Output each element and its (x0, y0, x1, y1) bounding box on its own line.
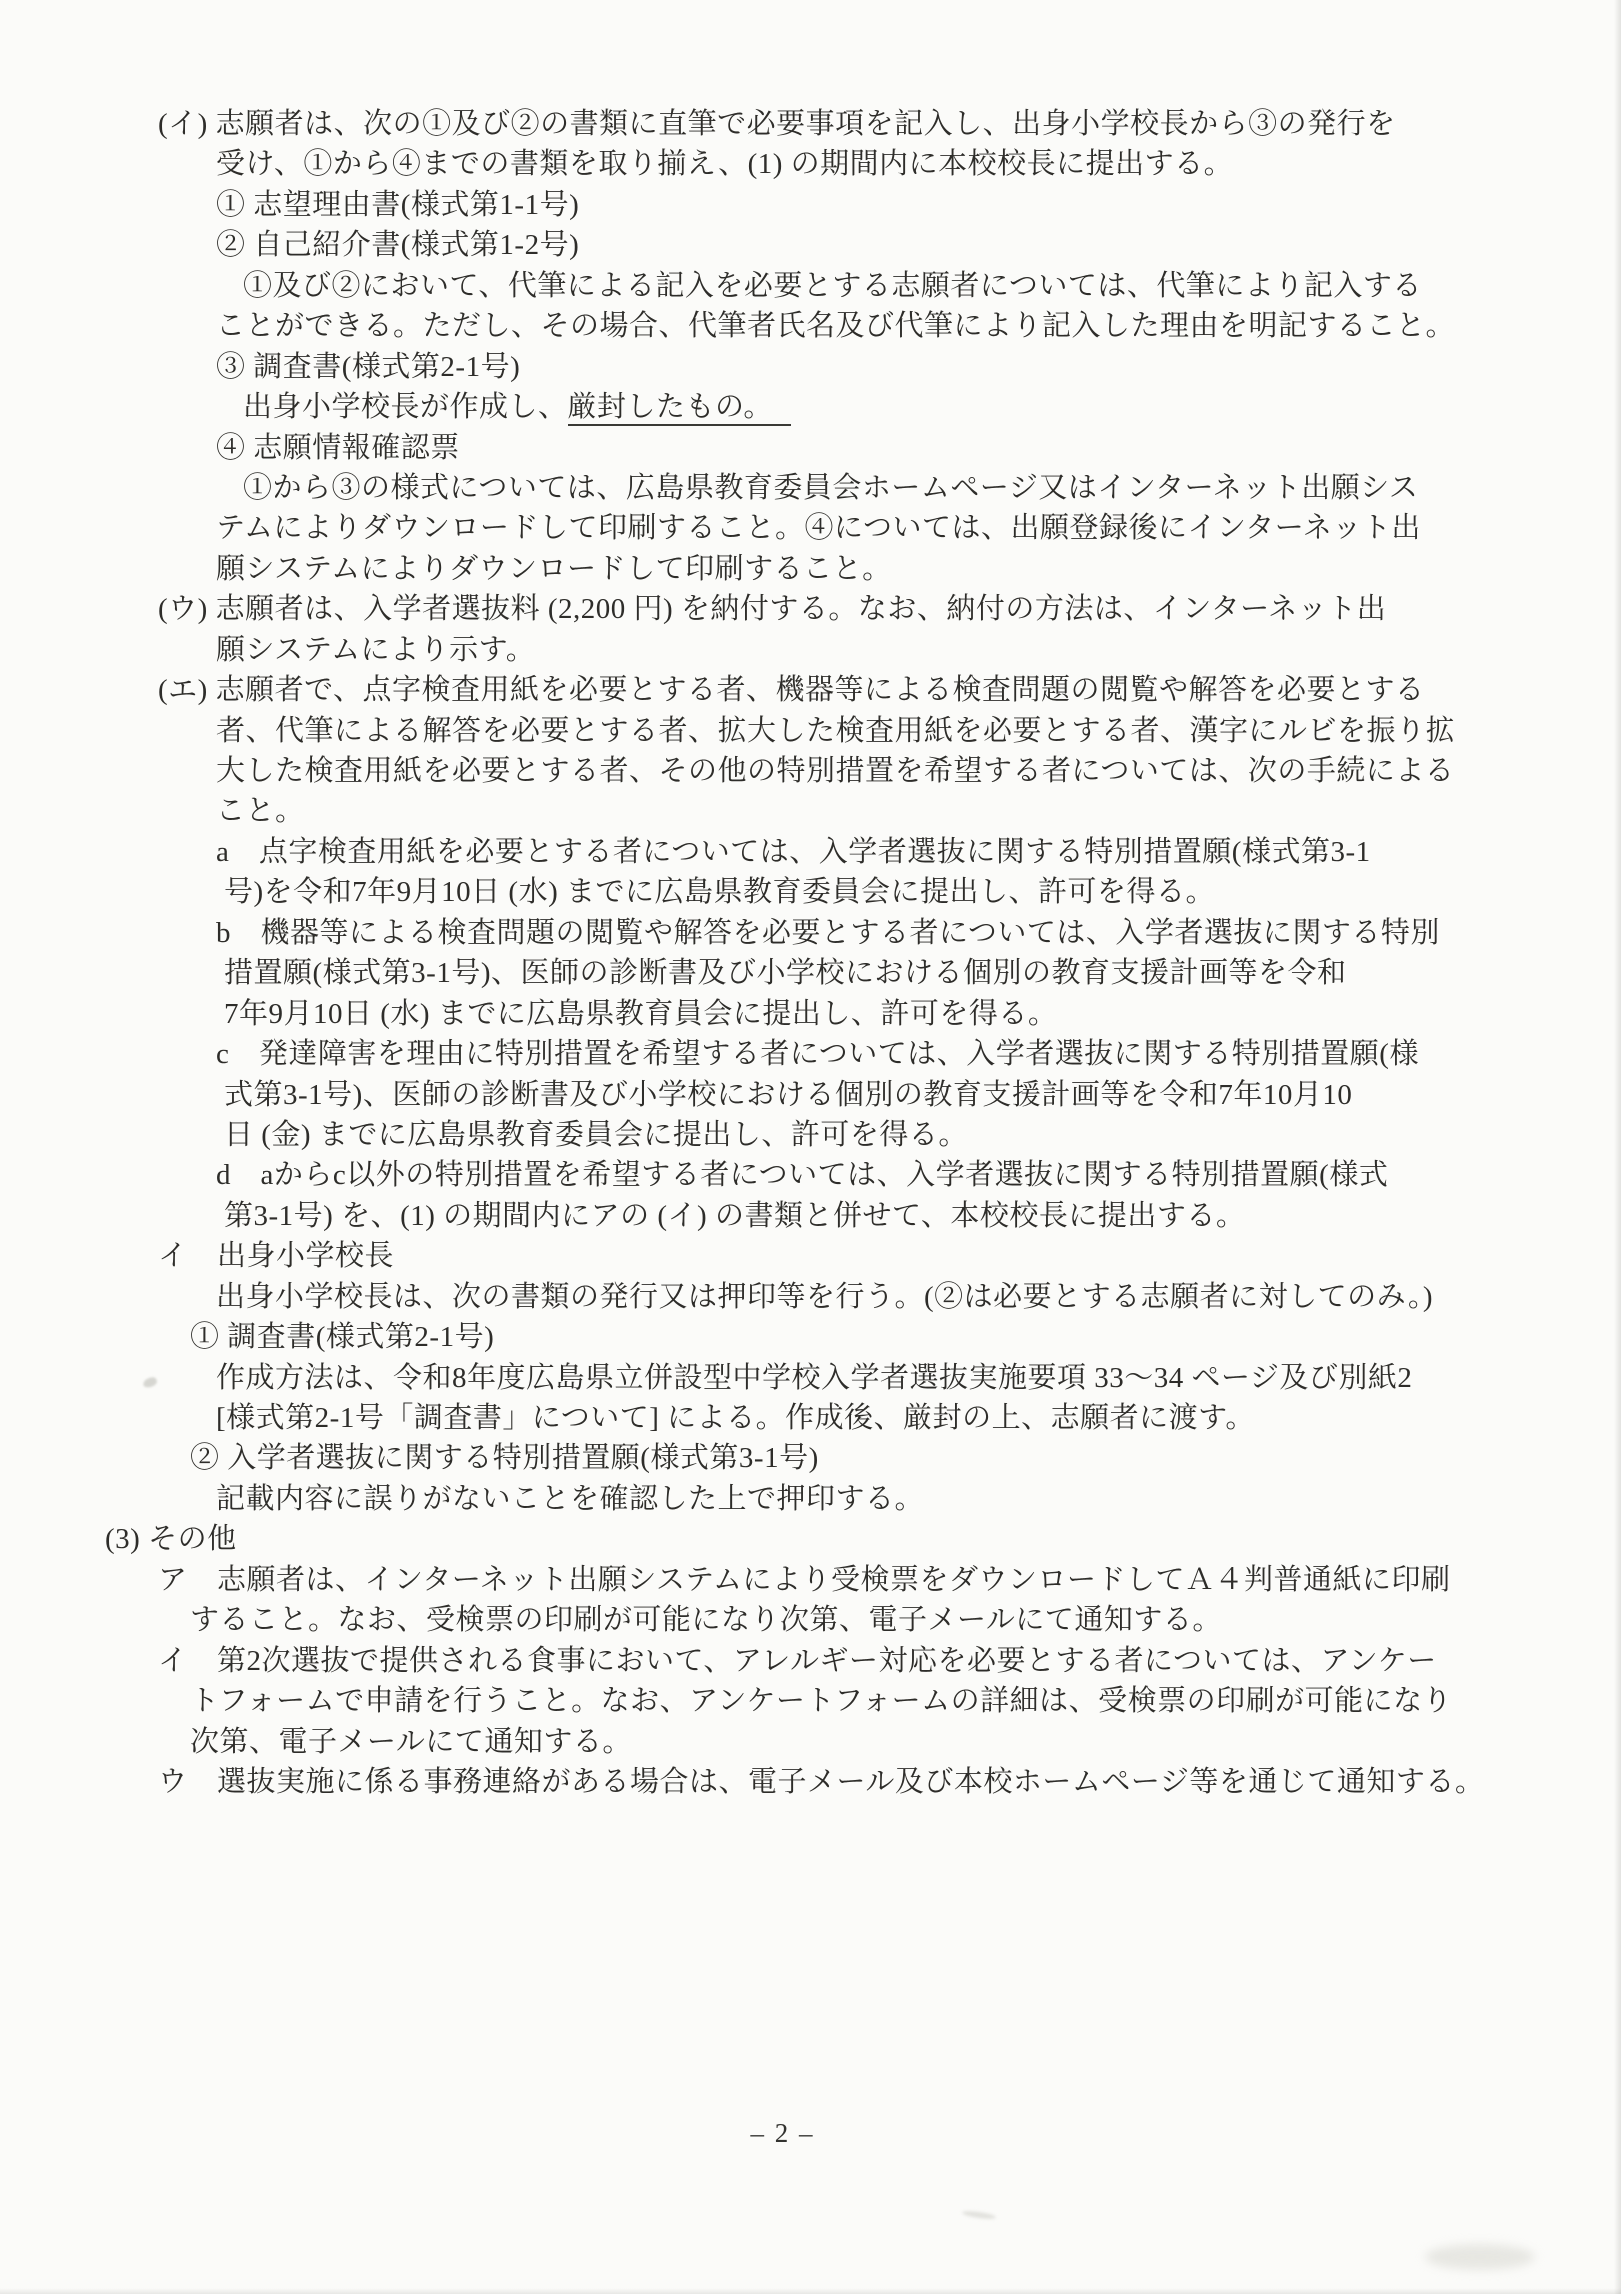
text-line: イ 出身小学校長 (0, 1236, 1621, 1276)
document-page: (イ) 志願者は、次の①及び②の書類に直筆で必要事項を記入し、出身小学校長から③… (0, 0, 1621, 2294)
text-line: ことができる。ただし、その場合、代筆者氏名及び代筆により記入した理由を明記するこ… (0, 306, 1621, 346)
text-line: すること。なお、受検票の印刷が可能になり次第、電子メールにて通知する。 (0, 1600, 1621, 1640)
text-line: ④ 志願情報確認票 (0, 428, 1621, 468)
text-line: (3) その他 (0, 1519, 1621, 1559)
text-line: 出身小学校長は、次の書類の発行又は押印等を行う。(②は必要とする志願者に対しての… (0, 1277, 1621, 1317)
text-line: 作成方法は、令和8年度広島県立併設型中学校入学者選抜実施要項 33〜34 ページ… (0, 1358, 1621, 1398)
text-line: ③ 調査書(様式第2-1号) (0, 347, 1621, 387)
text-line: (イ) 志願者は、次の①及び②の書類に直筆で必要事項を記入し、出身小学校長から③… (0, 104, 1621, 144)
text-line: 7年9月10日 (水) までに広島県教育員会に提出し、許可を得る。 (0, 994, 1621, 1034)
text-line: テムによりダウンロードして印刷すること。④については、出願登録後にインターネット… (0, 508, 1621, 548)
text-line: d aからc以外の特別措置を希望する者については、入学者選抜に関する特別措置願(… (0, 1155, 1621, 1195)
text-line: 式第3-1号)、医師の診断書及び小学校における個別の教育支援計画等を令和7年10… (0, 1075, 1621, 1115)
text-line: 記載内容に誤りがないことを確認した上で押印する。 (0, 1479, 1621, 1519)
text-line: ② 自己紹介書(様式第1-2号) (0, 225, 1621, 265)
text-line: 願システムによりダウンロードして印刷すること。 (0, 549, 1621, 589)
text-line: ア 志願者は、インターネット出願システムにより受検票をダウンロードしてＡ４判普通… (0, 1560, 1621, 1600)
text-line: イ 第2次選抜で提供される食事において、アレルギー対応を必要とする者については、… (0, 1641, 1621, 1681)
text-line: 第3-1号) を、(1) の期間内にアの (イ) の書類と併せて、本校校長に提出… (0, 1196, 1621, 1236)
text-line: ① 調査書(様式第2-1号) (0, 1317, 1621, 1357)
page-number: – 2 – (0, 2118, 1593, 2149)
text-line: 者、代筆による解答を必要とする者、拡大した検査用紙を必要とする者、漢字にルビを振… (0, 711, 1621, 751)
text-line: 号)を令和7年9月10日 (水) までに広島県教育委員会に提出し、許可を得る。 (0, 872, 1621, 912)
text-line: a 点字検査用紙を必要とする者については、入学者選抜に関する特別措置願(様式第3… (0, 832, 1621, 872)
text-line: 措置願(様式第3-1号)、医師の診断書及び小学校における個別の教育支援計画等を令… (0, 953, 1621, 993)
text-line: 受け、①から④までの書類を取り揃え、(1) の期間内に本校校長に提出する。 (0, 144, 1621, 184)
underlined-text: 厳封したもの。 (568, 391, 791, 426)
scan-artifact (1425, 2244, 1535, 2270)
text-line: 次第、電子メールにて通知する。 (0, 1722, 1621, 1762)
text-line: ウ 選抜実施に係る事務連絡がある場合は、電子メール及び本校ホームページ等を通じて… (0, 1762, 1621, 1802)
text-line: ①から③の様式については、広島県教育委員会ホームページ又はインターネット出願シス (0, 468, 1621, 508)
text-line: 大した検査用紙を必要とする者、その他の特別措置を希望する者については、次の手続に… (0, 751, 1621, 791)
text-line: (エ) 志願者で、点字検査用紙を必要とする者、機器等による検査問題の閲覧や解答を… (0, 670, 1621, 710)
text-line: ② 入学者選抜に関する特別措置願(様式第3-1号) (0, 1438, 1621, 1478)
text-line: [様式第2-1号「調査書」について] による。作成後、厳封の上、志願者に渡す。 (0, 1398, 1621, 1438)
text-line: 日 (金) までに広島県教育委員会に提出し、許可を得る。 (0, 1115, 1621, 1155)
document-body: (イ) 志願者は、次の①及び②の書類に直筆で必要事項を記入し、出身小学校長から③… (0, 104, 1621, 1802)
text-line: (ウ) 志願者は、入学者選抜料 (2,200 円) を納付する。なお、納付の方法… (0, 589, 1621, 629)
text-line: c 発達障害を理由に特別措置を希望する者については、入学者選抜に関する特別措置願… (0, 1034, 1621, 1074)
scan-edge-shadow-bottom (0, 2288, 1621, 2294)
scan-artifact (962, 2210, 997, 2221)
text-line: b 機器等による検査問題の閲覧や解答を必要とする者については、入学者選抜に関する… (0, 913, 1621, 953)
text-line: トフォームで申請を行うこと。なお、アンケートフォームの詳細は、受検票の印刷が可能… (0, 1681, 1621, 1721)
text-line: 願システムにより示す。 (0, 630, 1621, 670)
text-line: ①及び②において、代筆による記入を必要とする志願者については、代筆により記入する (0, 266, 1621, 306)
text-line: 出身小学校長が作成し、厳封したもの。 (0, 387, 1621, 427)
text-line: こと。 (0, 791, 1621, 831)
text-line: ① 志望理由書(様式第1-1号) (0, 185, 1621, 225)
scan-edge-shadow-right (1614, 0, 1621, 2294)
